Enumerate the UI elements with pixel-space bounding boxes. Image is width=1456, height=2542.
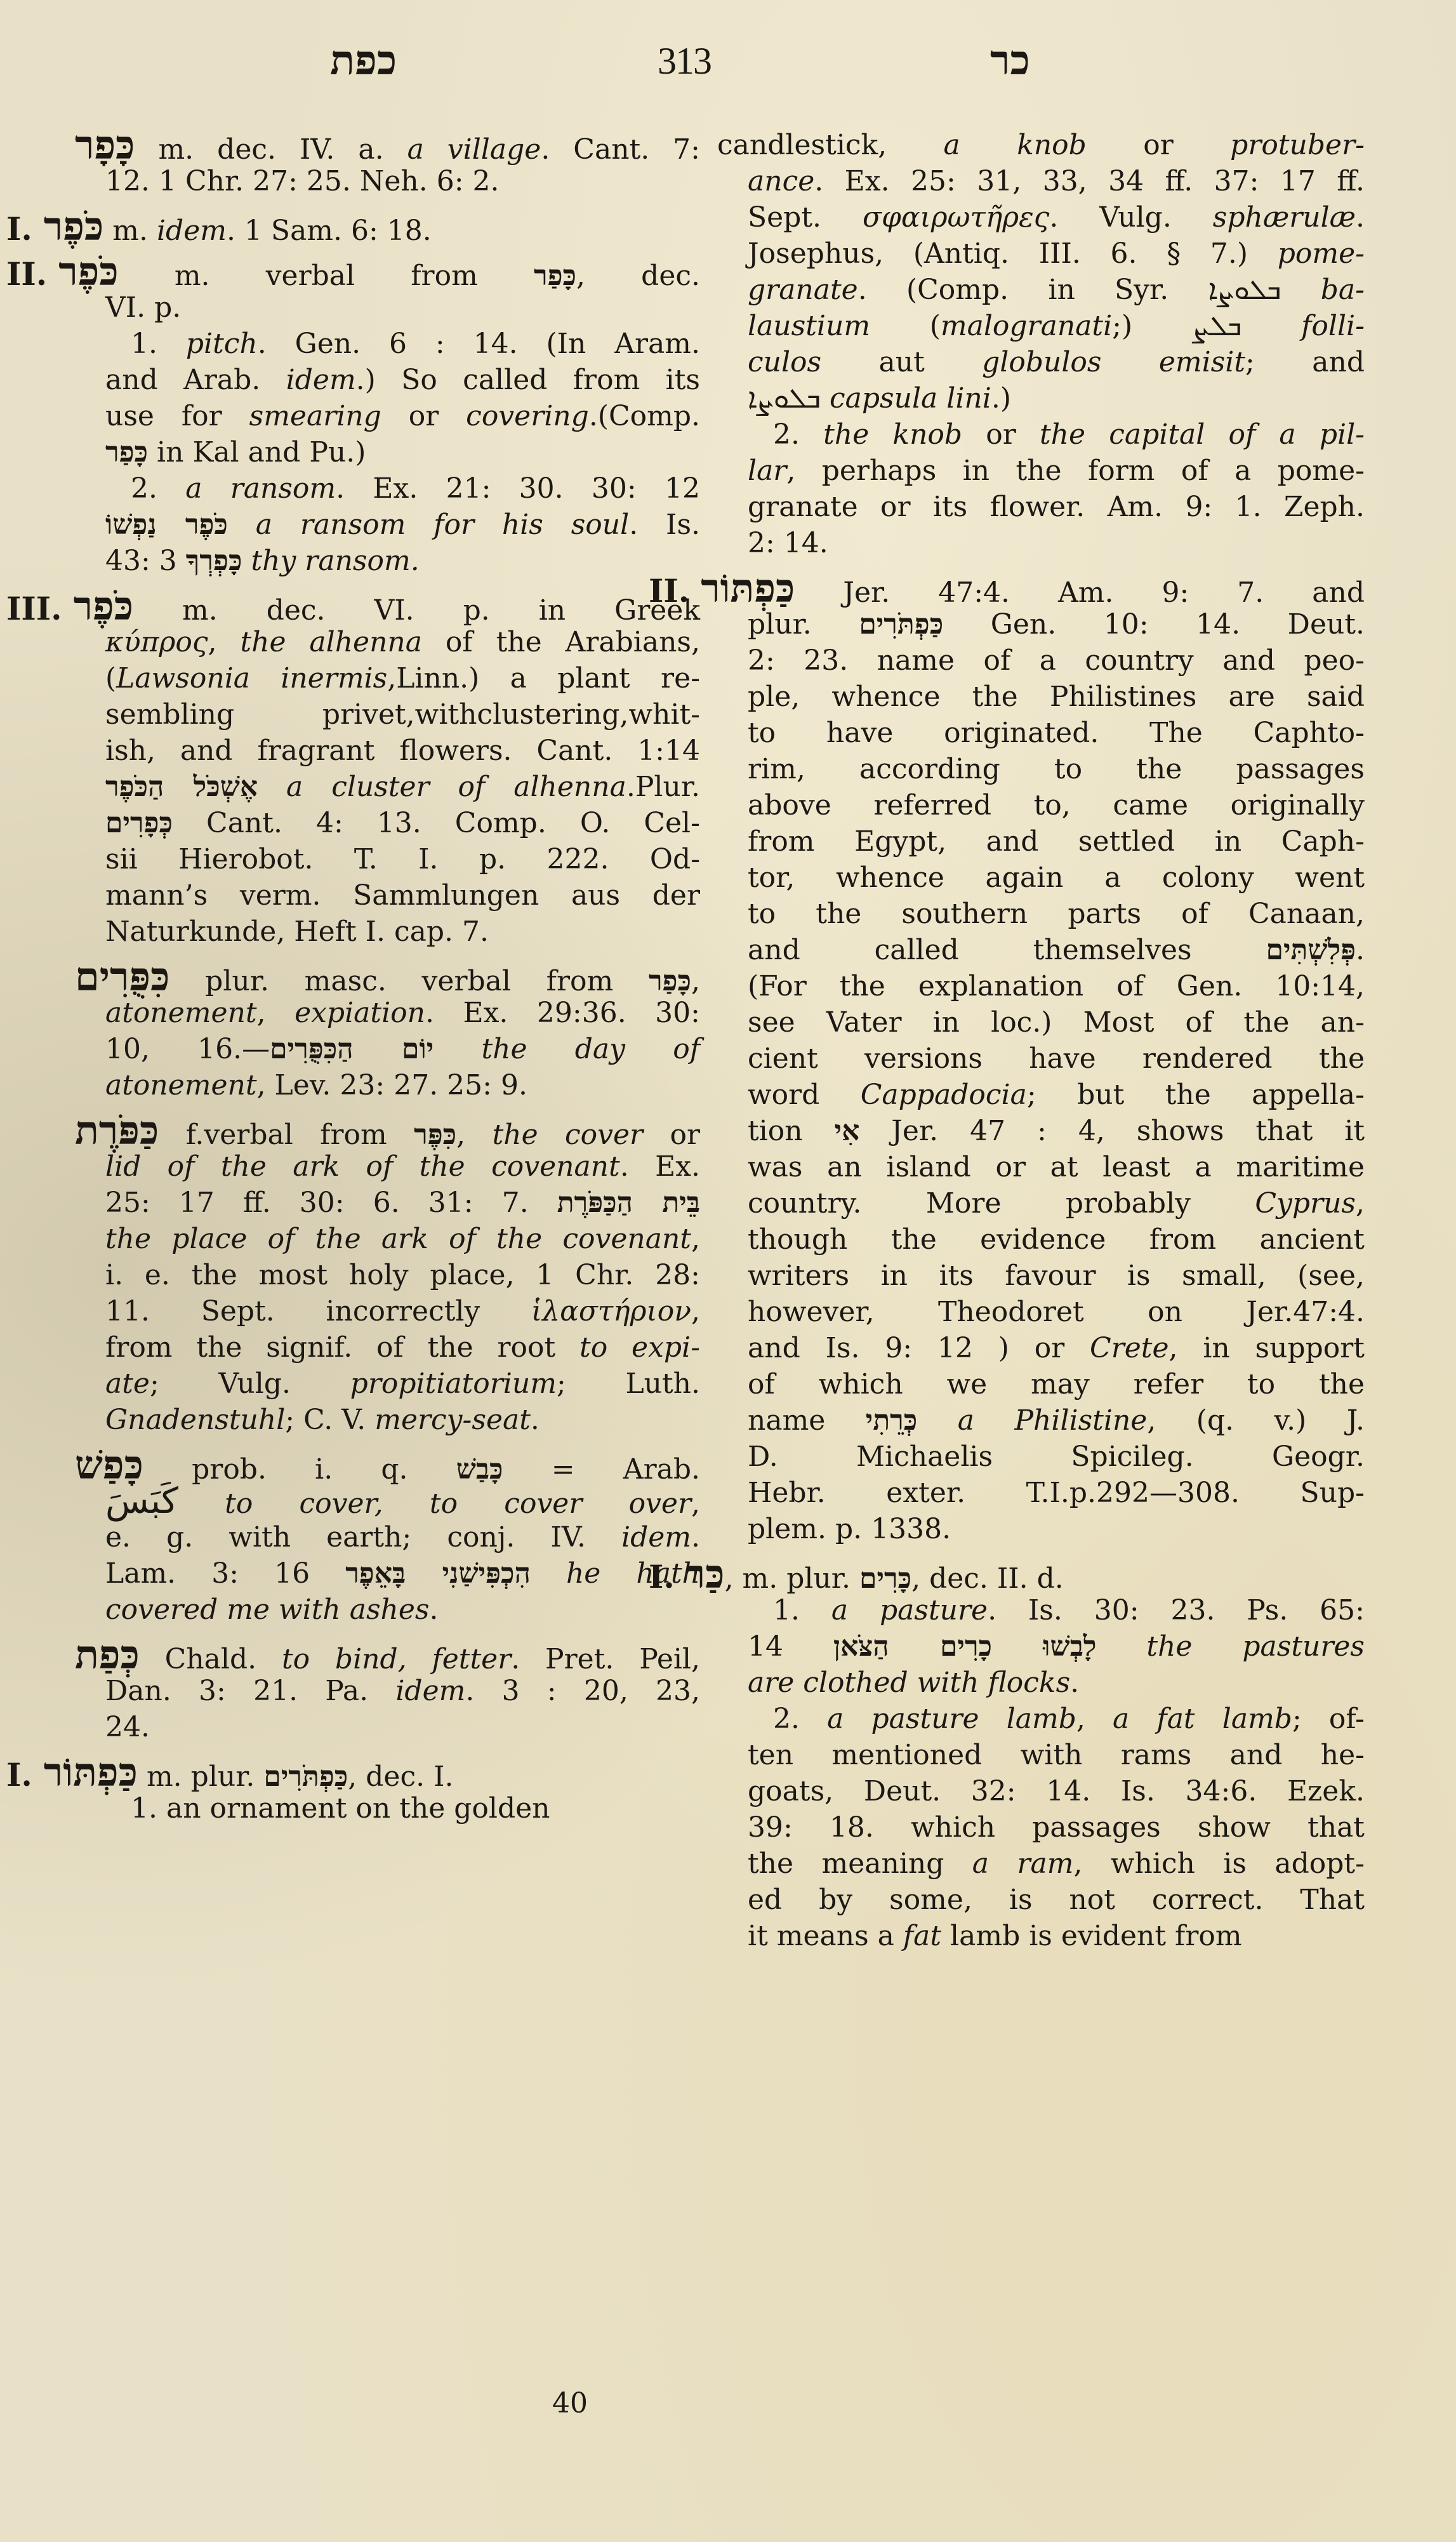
- entry-line: from Egypt, and settled in Caph-: [717, 823, 1365, 860]
- entry-line: are clothed with flocks.: [717, 1665, 1365, 1701]
- text-run: 2: 23. name of a country and peo-: [748, 644, 1365, 677]
- entry-line: however, Theodoret on Jer.47:4.: [717, 1294, 1365, 1330]
- entry-line: laustium (malogranati;) ܒܠܨ folli-: [717, 308, 1365, 344]
- italic-gloss: Gnadenstuhl: [105, 1404, 285, 1436]
- entry-line: 24.: [75, 1709, 700, 1745]
- text-run: [1102, 346, 1159, 378]
- entry-line: ܒܠܘܨܐ capsula lini.): [717, 380, 1365, 416]
- text-run: candlestick,: [717, 129, 944, 161]
- entry-line: sembling privet,withclustering,whit-: [75, 696, 700, 733]
- entry-spacer: [717, 1547, 1365, 1556]
- italic-gloss: emisit: [1159, 346, 1245, 378]
- text-run: . Pret. Peil,: [511, 1643, 700, 1675]
- entry-headline: כָּפַשׁ prob. i. q. כָּבַשׁ = Arab.: [75, 1447, 700, 1483]
- text-run: to have originated. The Caphto-: [748, 717, 1365, 749]
- entry-line: Sept. σφαιρωτῆρες. Vulg. sphærulæ.: [717, 199, 1365, 236]
- entry-line: (Lawsonia inermis,Linn.) a plant re-: [75, 660, 700, 696]
- entry-line: was an island or at least a maritime: [717, 1149, 1365, 1185]
- dictionary-entry: כַּפֹּרֶת f.verbal from כִּפֶּר, the cov…: [75, 1112, 700, 1438]
- entry-line: 2. the knob or the capital of a pil-: [717, 416, 1365, 453]
- text-run: ; and: [1245, 346, 1365, 378]
- text-run: writers in its favour is small, (see,: [748, 1260, 1365, 1292]
- hebrew-word: כֹּפֶר: [74, 583, 133, 629]
- text-run: ,: [208, 626, 241, 658]
- text-run: 14: [748, 1630, 833, 1663]
- italic-gloss: a knob: [944, 129, 1087, 161]
- dictionary-entry: כָּפַשׁ prob. i. q. כָּבַשׁ = Arab.كَبَس…: [75, 1447, 700, 1628]
- text-run: .): [991, 382, 1011, 415]
- entry-line: 2. a ransom. Ex. 21: 30. 30: 12: [75, 470, 700, 507]
- text-run: VI. p.: [105, 291, 181, 324]
- entry-line: ish, and fragrant flowers. Cant. 1:14: [75, 733, 700, 769]
- homonym-numeral: I.: [6, 210, 32, 248]
- italic-gloss: the day of: [433, 1033, 700, 1065]
- text-run: . 3 : 20, 23,: [465, 1675, 700, 1707]
- entry-line: and Is. 9: 12 ) or Crete, in support: [717, 1330, 1365, 1366]
- text-run: f.verbal from: [159, 1119, 414, 1151]
- italic-gloss: ba-: [1281, 274, 1365, 306]
- entry-line: culos aut globulos emisit; and: [717, 344, 1365, 380]
- dictionary-entry: candlestick, a knob or protuber-ance. Ex…: [717, 127, 1365, 561]
- entry-line: and called themselves פְּלִשְׁתִּים.: [717, 932, 1365, 968]
- italic-gloss: to bind, fetter: [282, 1643, 511, 1675]
- hebrew-word: כַּפְתּוֹר: [44, 1749, 138, 1795]
- italic-gloss: to expi-: [579, 1331, 700, 1364]
- italic-gloss: protuber-: [1230, 129, 1365, 161]
- entry-line: use for smearing or covering.(Comp.: [75, 398, 700, 434]
- text-run: . Cant. 7:: [541, 133, 700, 166]
- text-run: . Vulg.: [1049, 201, 1212, 234]
- text-run: Jer. 47 : 4, shows that it: [859, 1115, 1365, 1147]
- hebrew-word: כָּפַר: [105, 436, 148, 469]
- text-run: m.: [103, 215, 157, 247]
- italic-gloss: the place of the ark of the covenant: [105, 1223, 691, 1255]
- text-run: .: [430, 1594, 439, 1626]
- hebrew-word: בֵּית הַכַּפֹּרֶת: [557, 1187, 700, 1219]
- text-run: ; but the appella-: [1027, 1079, 1365, 1111]
- entry-line: 25: 17 ff. 30: 6. 31: 7. בֵּית הַכַּפֹּר…: [75, 1185, 700, 1221]
- left-column: כָּפָר m. dec. IV. a. a village. Cant. 7…: [75, 127, 700, 1835]
- entry-line: 10, 16.—יוֹם הַכִּפֻּרִים the day of: [75, 1031, 700, 1067]
- text-run: .Plur.: [626, 771, 700, 803]
- text-run: ish, and fragrant flowers. Cant. 1:14: [105, 735, 700, 767]
- text-run: was an island or at least a maritime: [748, 1151, 1365, 1183]
- text-run: i. e. the most holy place, 1 Chr. 28:: [105, 1259, 700, 1291]
- entry-line: כְּפָרִים Cant. 4: 13. Comp. O. Cel-: [75, 805, 700, 841]
- italic-gloss: to cover, to cover over: [178, 1487, 691, 1520]
- text-run: sii Hierobot. T. I. p. 222. Od-: [105, 843, 700, 875]
- text-run: Cant. 4: 13. Comp. O. Cel-: [173, 807, 700, 839]
- text-run: of which we may refer to the: [748, 1368, 1365, 1401]
- entry-line: κύπρος, the alhenna of the Arabians,: [75, 624, 700, 660]
- entry-line: word Cappadocia; but the appella-: [717, 1077, 1365, 1113]
- text-run: cient versions have rendered the: [748, 1042, 1365, 1075]
- text-run: ;): [1112, 310, 1192, 342]
- text-run: and Arab.: [105, 364, 286, 396]
- italic-gloss: a ram: [972, 1847, 1074, 1880]
- text-run: an ornament on the golden: [166, 1792, 550, 1825]
- text-run: , in support: [1169, 1332, 1365, 1364]
- italic-gloss: propitiatorium: [350, 1367, 557, 1400]
- text-run: .) So called from its: [356, 364, 700, 396]
- sense-number: 1.: [131, 1792, 166, 1825]
- text-run: or: [962, 418, 1040, 451]
- sense-number: 1.: [131, 328, 186, 360]
- entry-line: e. g. with earth; conj. IV. idem.: [75, 1519, 700, 1555]
- dictionary-entry: כִּפֻּרִים plur. masc. verbal from כָּפַ…: [75, 959, 700, 1103]
- text-run: tor, whence again a colony went: [748, 862, 1365, 894]
- entry-line: 2. a pasture lamb, a fat lamb; of-: [717, 1701, 1365, 1737]
- italic-gloss: laustium: [748, 310, 870, 342]
- text-run: . 1 Sam. 6: 18.: [227, 215, 432, 247]
- entry-headline: כְּפַת Chald. to bind, fetter. Pret. Pei…: [75, 1637, 700, 1673]
- text-run: ten mentioned with rams and he-: [748, 1739, 1365, 1771]
- entry-line: i. e. the most holy place, 1 Chr. 28:: [75, 1257, 700, 1293]
- text-run: . Is. 30: 23. Ps. 65:: [988, 1594, 1365, 1627]
- dictionary-entry: כְּפַת Chald. to bind, fetter. Pret. Pei…: [75, 1637, 700, 1745]
- homonym-numeral: II.: [649, 572, 689, 609]
- hebrew-word: אֶשְׁכֹּל הַכֹּפֶר: [105, 771, 258, 803]
- hebrew-word: כָּפְרְךָ: [186, 545, 242, 577]
- entry-headline: כִּפֻּרִים plur. masc. verbal from כָּפַ…: [75, 959, 700, 995]
- text-run: ,: [691, 1487, 700, 1520]
- text-run: . Gen. 6 : 14. (In Aram.: [258, 328, 700, 360]
- text-run: m. plur.: [138, 1760, 263, 1793]
- text-run: ; of-: [1292, 1703, 1365, 1735]
- italic-gloss: Cyprus: [1255, 1187, 1356, 1220]
- hebrew-word: יוֹם הַכִּפֻּרִים: [270, 1033, 433, 1065]
- text-run: Dan. 3: 21. Pa.: [105, 1675, 395, 1707]
- hebrew-word: כַּפֹּרֶת: [75, 1107, 159, 1154]
- syriac-word: ܒܠܘܨܐ: [1208, 274, 1281, 306]
- hebrew-word: כְּפַת: [75, 1632, 140, 1678]
- entry-line: see Vater in loc.) Most of the an-: [717, 1004, 1365, 1041]
- italic-gloss: Cappadocia: [861, 1079, 1027, 1111]
- text-run: m. verbal from: [119, 260, 534, 292]
- entry-line: mann’s verm. Sammlungen aus der: [75, 877, 700, 914]
- text-run: or: [381, 400, 466, 432]
- entry-line: Hebr. exter. T.I.p.292—308. Sup-: [717, 1475, 1365, 1511]
- italic-gloss: the pastures: [1097, 1630, 1365, 1663]
- text-run: ,: [1356, 1187, 1365, 1220]
- text-run: D. Michaelis Spicileg. Geogr.: [748, 1441, 1365, 1473]
- text-run: Naturkunde, Heft I. cap. 7.: [105, 915, 489, 948]
- hebrew-word: כֹּפֶר: [58, 248, 118, 295]
- italic-gloss: ance: [748, 165, 814, 197]
- text-run: .: [1070, 1667, 1079, 1699]
- text-run: though the evidence from ancient: [748, 1223, 1365, 1256]
- entry-line: plem. p. 1338.: [717, 1511, 1365, 1547]
- entry-line: the meaning a ram, which is adopt-: [717, 1846, 1365, 1882]
- text-run: or: [1087, 129, 1230, 161]
- text-run: , which is adopt-: [1073, 1847, 1365, 1880]
- entry-line: the place of the ark of the covenant,: [75, 1221, 700, 1257]
- entry-line: cient versions have rendered the: [717, 1041, 1365, 1077]
- text-run: . Is.: [629, 509, 700, 541]
- text-run: , dec. I.: [348, 1760, 453, 1793]
- entry-line: rim, according to the passages: [717, 751, 1365, 787]
- text-run: and called themselves: [748, 934, 1266, 966]
- dictionary-entry: I.כֹּפֶר m. idem. 1 Sam. 6: 18.: [75, 208, 700, 244]
- entry-spacer: [75, 1438, 700, 1447]
- entry-headline: I.כַּפְתּוֹר m. plur. כַּפְתֹּרִים, dec.…: [75, 1754, 700, 1790]
- text-run: rim, according to the passages: [748, 753, 1365, 785]
- italic-gloss: idem: [157, 215, 227, 247]
- text-run: Chald.: [140, 1643, 282, 1675]
- text-run: it means a: [748, 1920, 903, 1952]
- entry-line: tor, whence again a colony went: [717, 860, 1365, 896]
- entry-headline: III.כֹּפֶר m. dec. VI. p. in Greek: [75, 588, 700, 624]
- hebrew-word: כַּפְתּוֹר: [701, 565, 795, 611]
- sense-number: 2.: [131, 472, 185, 505]
- text-run: Sept.: [748, 201, 863, 234]
- hebrew-word: כָּבַשׁ: [456, 1453, 503, 1486]
- entry-line: to have originated. The Caphto-: [717, 715, 1365, 751]
- text-run: see Vater in loc.) Most of the an-: [748, 1006, 1365, 1039]
- entry-line: Dan. 3: 21. Pa. idem. 3 : 20, 23,: [75, 1673, 700, 1709]
- italic-gloss: the alhenna: [240, 626, 422, 658]
- italic-gloss: granate: [748, 274, 858, 306]
- italic-gloss: the cover: [493, 1119, 644, 1151]
- italic-gloss: a Philistine: [917, 1404, 1147, 1437]
- entry-line: 14 לָבְשׁוּ כָרִים הַצֹּאן the pastures: [717, 1628, 1365, 1665]
- text-run: .: [531, 1404, 539, 1436]
- text-run: , dec.: [576, 260, 700, 292]
- italic-gloss: a village: [407, 133, 541, 166]
- arabic-word: كَبَسَ: [105, 1481, 178, 1522]
- italic-gloss: culos: [748, 346, 821, 378]
- entry-line: and Arab. idem.) So called from its: [75, 362, 700, 398]
- italic-gloss: the capital of a pil-: [1040, 418, 1365, 451]
- text-run: , perhaps in the form of a pome-: [786, 455, 1365, 487]
- entry-line: plur. כַּפְתֹּרִים Gen. 10: 14. Deut.: [717, 606, 1365, 642]
- sense-number: 2.: [773, 1703, 827, 1735]
- entry-spacer: [75, 1745, 700, 1754]
- entry-line: 1. pitch. Gen. 6 : 14. (In Aram.: [75, 326, 700, 362]
- right-column: candlestick, a knob or protuber-ance. Ex…: [717, 127, 1365, 1963]
- greek-word: κύπρος: [105, 626, 208, 658]
- italic-gloss: capsula lini: [821, 382, 991, 415]
- signature-mark: 40: [552, 2387, 588, 2419]
- text-run: , Lev. 23: 27. 25: 9.: [257, 1069, 527, 1101]
- hebrew-word: לָבְשׁוּ כָרִים הַצֹּאן: [833, 1630, 1097, 1663]
- entry-line: (For the explanation of Gen. 10:14,: [717, 968, 1365, 1004]
- dictionary-page: כפת 313 כר כָּפָר m. dec. IV. a. a villa…: [0, 0, 1456, 2542]
- text-run: ple, whence the Philistines are said: [748, 681, 1365, 713]
- text-run: , (q. v.) J.: [1147, 1404, 1365, 1437]
- text-run: use for: [105, 400, 249, 432]
- entry-line: it means a fat lamb is evident from: [717, 1918, 1365, 1954]
- running-header: כפת 313 כר: [0, 37, 1456, 94]
- text-run: of the Arabians,: [422, 626, 700, 658]
- homonym-numeral: I.: [649, 1558, 675, 1595]
- entry-line: from the signif. of the root to expi-: [75, 1329, 700, 1366]
- entry-line: VI. p.: [75, 289, 700, 326]
- text-run: (: [105, 662, 116, 695]
- entry-line: ple, whence the Philistines are said: [717, 679, 1365, 715]
- text-run: aut: [821, 346, 982, 378]
- text-run: 25: 17 ff. 30: 6. 31: 7.: [105, 1187, 557, 1219]
- homonym-numeral: I.: [6, 1756, 32, 1793]
- sense-number: 1.: [773, 1594, 831, 1627]
- italic-gloss: covering: [466, 400, 589, 432]
- text-run: ,: [456, 1119, 492, 1151]
- text-run: 10, 16.—: [105, 1033, 270, 1065]
- text-run: ,: [691, 1295, 700, 1328]
- entry-line: lid of the ark of the covenant. Ex.: [75, 1148, 700, 1185]
- italic-gloss: mercy-seat: [374, 1404, 531, 1436]
- text-run: mann’s verm. Sammlungen aus der: [105, 879, 700, 912]
- italic-gloss: are clothed with flocks: [748, 1667, 1070, 1699]
- entry-line: D. Michaelis Spicileg. Geogr.: [717, 1439, 1365, 1475]
- text-run: from the signif. of the root: [105, 1331, 579, 1364]
- italic-gloss: lid of the ark of the covenant: [105, 1150, 620, 1183]
- hebrew-word: הִכְפִּישַׁנִי בָּאֵפֶר: [345, 1557, 531, 1590]
- entry-headline: II.כַּפְתּוֹר Jer. 47:4. Am. 9: 7. and: [717, 570, 1365, 606]
- sense-number: 2.: [773, 418, 823, 451]
- entry-line: though the evidence from ancient: [717, 1221, 1365, 1258]
- text-run: (: [870, 310, 941, 342]
- text-run: or: [643, 1119, 700, 1151]
- text-run: , dec. II. d.: [911, 1562, 1064, 1595]
- entry-line: atonement, expiation. Ex. 29:36. 30:: [75, 995, 700, 1031]
- text-run: 12. 1 Chr. 27: 25. Neh. 6: 2.: [105, 165, 500, 197]
- entry-spacer: [75, 1103, 700, 1112]
- italic-gloss: pitch: [186, 328, 258, 360]
- entry-line: אֶשְׁכֹּל הַכֹּפֶר a cluster of alhenna.…: [75, 769, 700, 805]
- hebrew-word: כֹּפֶר נַפְשׁוֹ: [105, 509, 228, 541]
- entry-line: Lam. 3: 16 הִכְפִּישַׁנִי בָּאֵפֶר he ha…: [75, 1555, 700, 1592]
- text-run: granate or its flower. Am. 9: 1. Zeph.: [748, 491, 1365, 523]
- dictionary-entry: III.כֹּפֶר m. dec. VI. p. in Greekκύπρος…: [75, 588, 700, 950]
- entry-line: 2: 23. name of a country and peo-: [717, 642, 1365, 679]
- italic-gloss: ate: [105, 1367, 150, 1400]
- entry-line: כָּפַר in Kal and Pu.): [75, 434, 700, 470]
- italic-gloss: pome-: [1278, 237, 1365, 270]
- entry-line: covered me with ashes.: [75, 1592, 700, 1628]
- text-run: Gen. 10: 14. Deut.: [943, 608, 1365, 641]
- entry-line: ate; Vulg. propitiatorium; Luth.: [75, 1366, 700, 1402]
- text-run: .: [691, 1521, 700, 1554]
- italic-gloss: globulos: [982, 346, 1101, 378]
- entry-headline: II.כֹּפֶר m. verbal from כָּפַר, dec.: [75, 253, 700, 289]
- right-guideword: כר: [990, 37, 1030, 84]
- entry-line: lar, perhaps in the form of a pome-: [717, 453, 1365, 489]
- italic-gloss: a ransom: [185, 472, 336, 505]
- entry-line: 2: 14.: [717, 525, 1365, 561]
- entry-line: كَبَسَ to cover, to cover over,: [75, 1483, 700, 1519]
- entry-line: atonement, Lev. 23: 27. 25: 9.: [75, 1067, 700, 1103]
- italic-gloss: atonement: [105, 1069, 257, 1101]
- entry-line: Gnadenstuhl; C. V. mercy-seat.: [75, 1402, 700, 1438]
- text-run: ,: [691, 1223, 700, 1255]
- entry-line: 11. Sept. incorrectly ἱλαστήριον,: [75, 1293, 700, 1329]
- syriac-word: ܒܠܨ: [1192, 310, 1242, 342]
- italic-gloss: covered me with ashes: [105, 1594, 430, 1626]
- italic-gloss: atonement: [105, 997, 257, 1029]
- text-run: above referred to, came originally: [748, 789, 1365, 822]
- entry-line: ed by some, is not correct. That: [717, 1882, 1365, 1918]
- text-run: ,Linn.) a plant re-: [387, 662, 700, 695]
- text-run: prob. i. q.: [143, 1453, 456, 1486]
- page-number: 313: [658, 39, 711, 83]
- entry-line: ten mentioned with rams and he-: [717, 1737, 1365, 1773]
- homonym-numeral: III.: [6, 590, 62, 627]
- text-run: ; Luth.: [557, 1367, 700, 1400]
- text-run: , m. plur.: [725, 1562, 859, 1595]
- hebrew-word: כִּפֶּר: [414, 1119, 456, 1151]
- entry-spacer: [75, 1628, 700, 1637]
- hebrew-word: כֹּפֶר: [44, 203, 103, 250]
- entry-line: 39: 18. which passages show that: [717, 1809, 1365, 1846]
- text-run: 43: 3: [105, 545, 186, 577]
- italic-gloss: folli-: [1241, 310, 1365, 342]
- dictionary-entry: II.כֹּפֶר m. verbal from כָּפַר, dec.VI.…: [75, 253, 700, 579]
- italic-gloss: idem: [621, 1521, 691, 1554]
- text-run: plur.: [748, 608, 859, 641]
- entry-line: writers in its favour is small, (see,: [717, 1258, 1365, 1294]
- hebrew-word: כָּפָר: [75, 122, 135, 168]
- italic-gloss: Crete: [1090, 1332, 1168, 1364]
- text-run: Jer. 47:4. Am. 9: 7. and: [795, 576, 1365, 609]
- text-run: ; Vulg.: [150, 1367, 350, 1400]
- hebrew-word: פְּלִשְׁתִּים: [1266, 934, 1356, 966]
- italic-gloss: Lawsonia inermis: [116, 662, 387, 695]
- entry-line: Josephus, (Antiq. III. 6. § 7.) pome-: [717, 236, 1365, 272]
- greek-word: ἱλαστήριον: [531, 1295, 691, 1328]
- hebrew-word: אִי: [835, 1115, 860, 1147]
- entry-line: sii Hierobot. T. I. p. 222. Od-: [75, 841, 700, 877]
- dictionary-entry: I.כַּפְתּוֹר m. plur. כַּפְתֹּרִים, dec.…: [75, 1754, 700, 1827]
- text-run: Hebr. exter. T.I.p.292—308. Sup-: [748, 1477, 1365, 1509]
- entry-line: 43: 3 כָּפְרְךָ thy ransom.: [75, 543, 700, 579]
- entry-line: 12. 1 Chr. 27: 25. Neh. 6: 2.: [75, 163, 700, 199]
- text-run: from Egypt, and settled in Caph-: [748, 825, 1365, 858]
- text-run: (For the explanation of Gen. 10:14,: [748, 970, 1365, 1002]
- italic-gloss: a ransom for his soul: [228, 509, 629, 541]
- text-run: however, Theodoret on Jer.47:4.: [748, 1296, 1365, 1328]
- entry-line: granate. (Comp. in Syr. ܒܠܘܨܐ ba-: [717, 272, 1365, 308]
- entry-line: of which we may refer to the: [717, 1366, 1365, 1402]
- text-run: . Ex. 25: 31, 33, 34 ff. 37: 17 ff.: [814, 165, 1365, 197]
- entry-line: tion אִי Jer. 47 : 4, shows that it: [717, 1113, 1365, 1149]
- text-run: plur. masc. verbal from: [169, 965, 649, 997]
- italic-gloss: a cluster of alhenna: [258, 771, 626, 803]
- entry-headline: I.כַּר, m. plur. כָּרִים, dec. II. d.: [717, 1556, 1365, 1592]
- text-run: .: [1356, 934, 1365, 966]
- text-run: e. g. with earth; conj. IV.: [105, 1521, 621, 1554]
- text-run: word: [748, 1079, 861, 1111]
- entry-spacer: [75, 1827, 700, 1835]
- entry-headline: כָּפָר m. dec. IV. a. a village. Cant. 7…: [75, 127, 700, 163]
- text-run: Josephus, (Antiq. III. 6. § 7.): [748, 237, 1278, 270]
- italic-gloss: expiation: [295, 997, 425, 1029]
- text-run: .: [1356, 201, 1365, 234]
- italic-gloss: sphærulæ: [1213, 201, 1356, 234]
- text-run: ,: [1076, 1703, 1113, 1735]
- entry-line: name כְּרֵתִי a Philistine, (q. v.) J.: [717, 1402, 1365, 1439]
- entry-spacer: [717, 1954, 1365, 1963]
- italic-gloss: smearing: [249, 400, 381, 432]
- text-run: ,: [257, 997, 295, 1029]
- text-run: m. dec. VI. p. in Greek: [133, 594, 700, 627]
- entry-headline: I.כֹּפֶר m. idem. 1 Sam. 6: 18.: [75, 208, 700, 244]
- syriac-word: ܒܠܘܨܐ: [748, 382, 821, 415]
- italic-gloss: idem: [395, 1675, 465, 1707]
- hebrew-word: כַּפְתֹּרִים: [263, 1760, 348, 1793]
- dictionary-entry: כָּפָר m. dec. IV. a. a village. Cant. 7…: [75, 127, 700, 199]
- entry-spacer: [75, 199, 700, 208]
